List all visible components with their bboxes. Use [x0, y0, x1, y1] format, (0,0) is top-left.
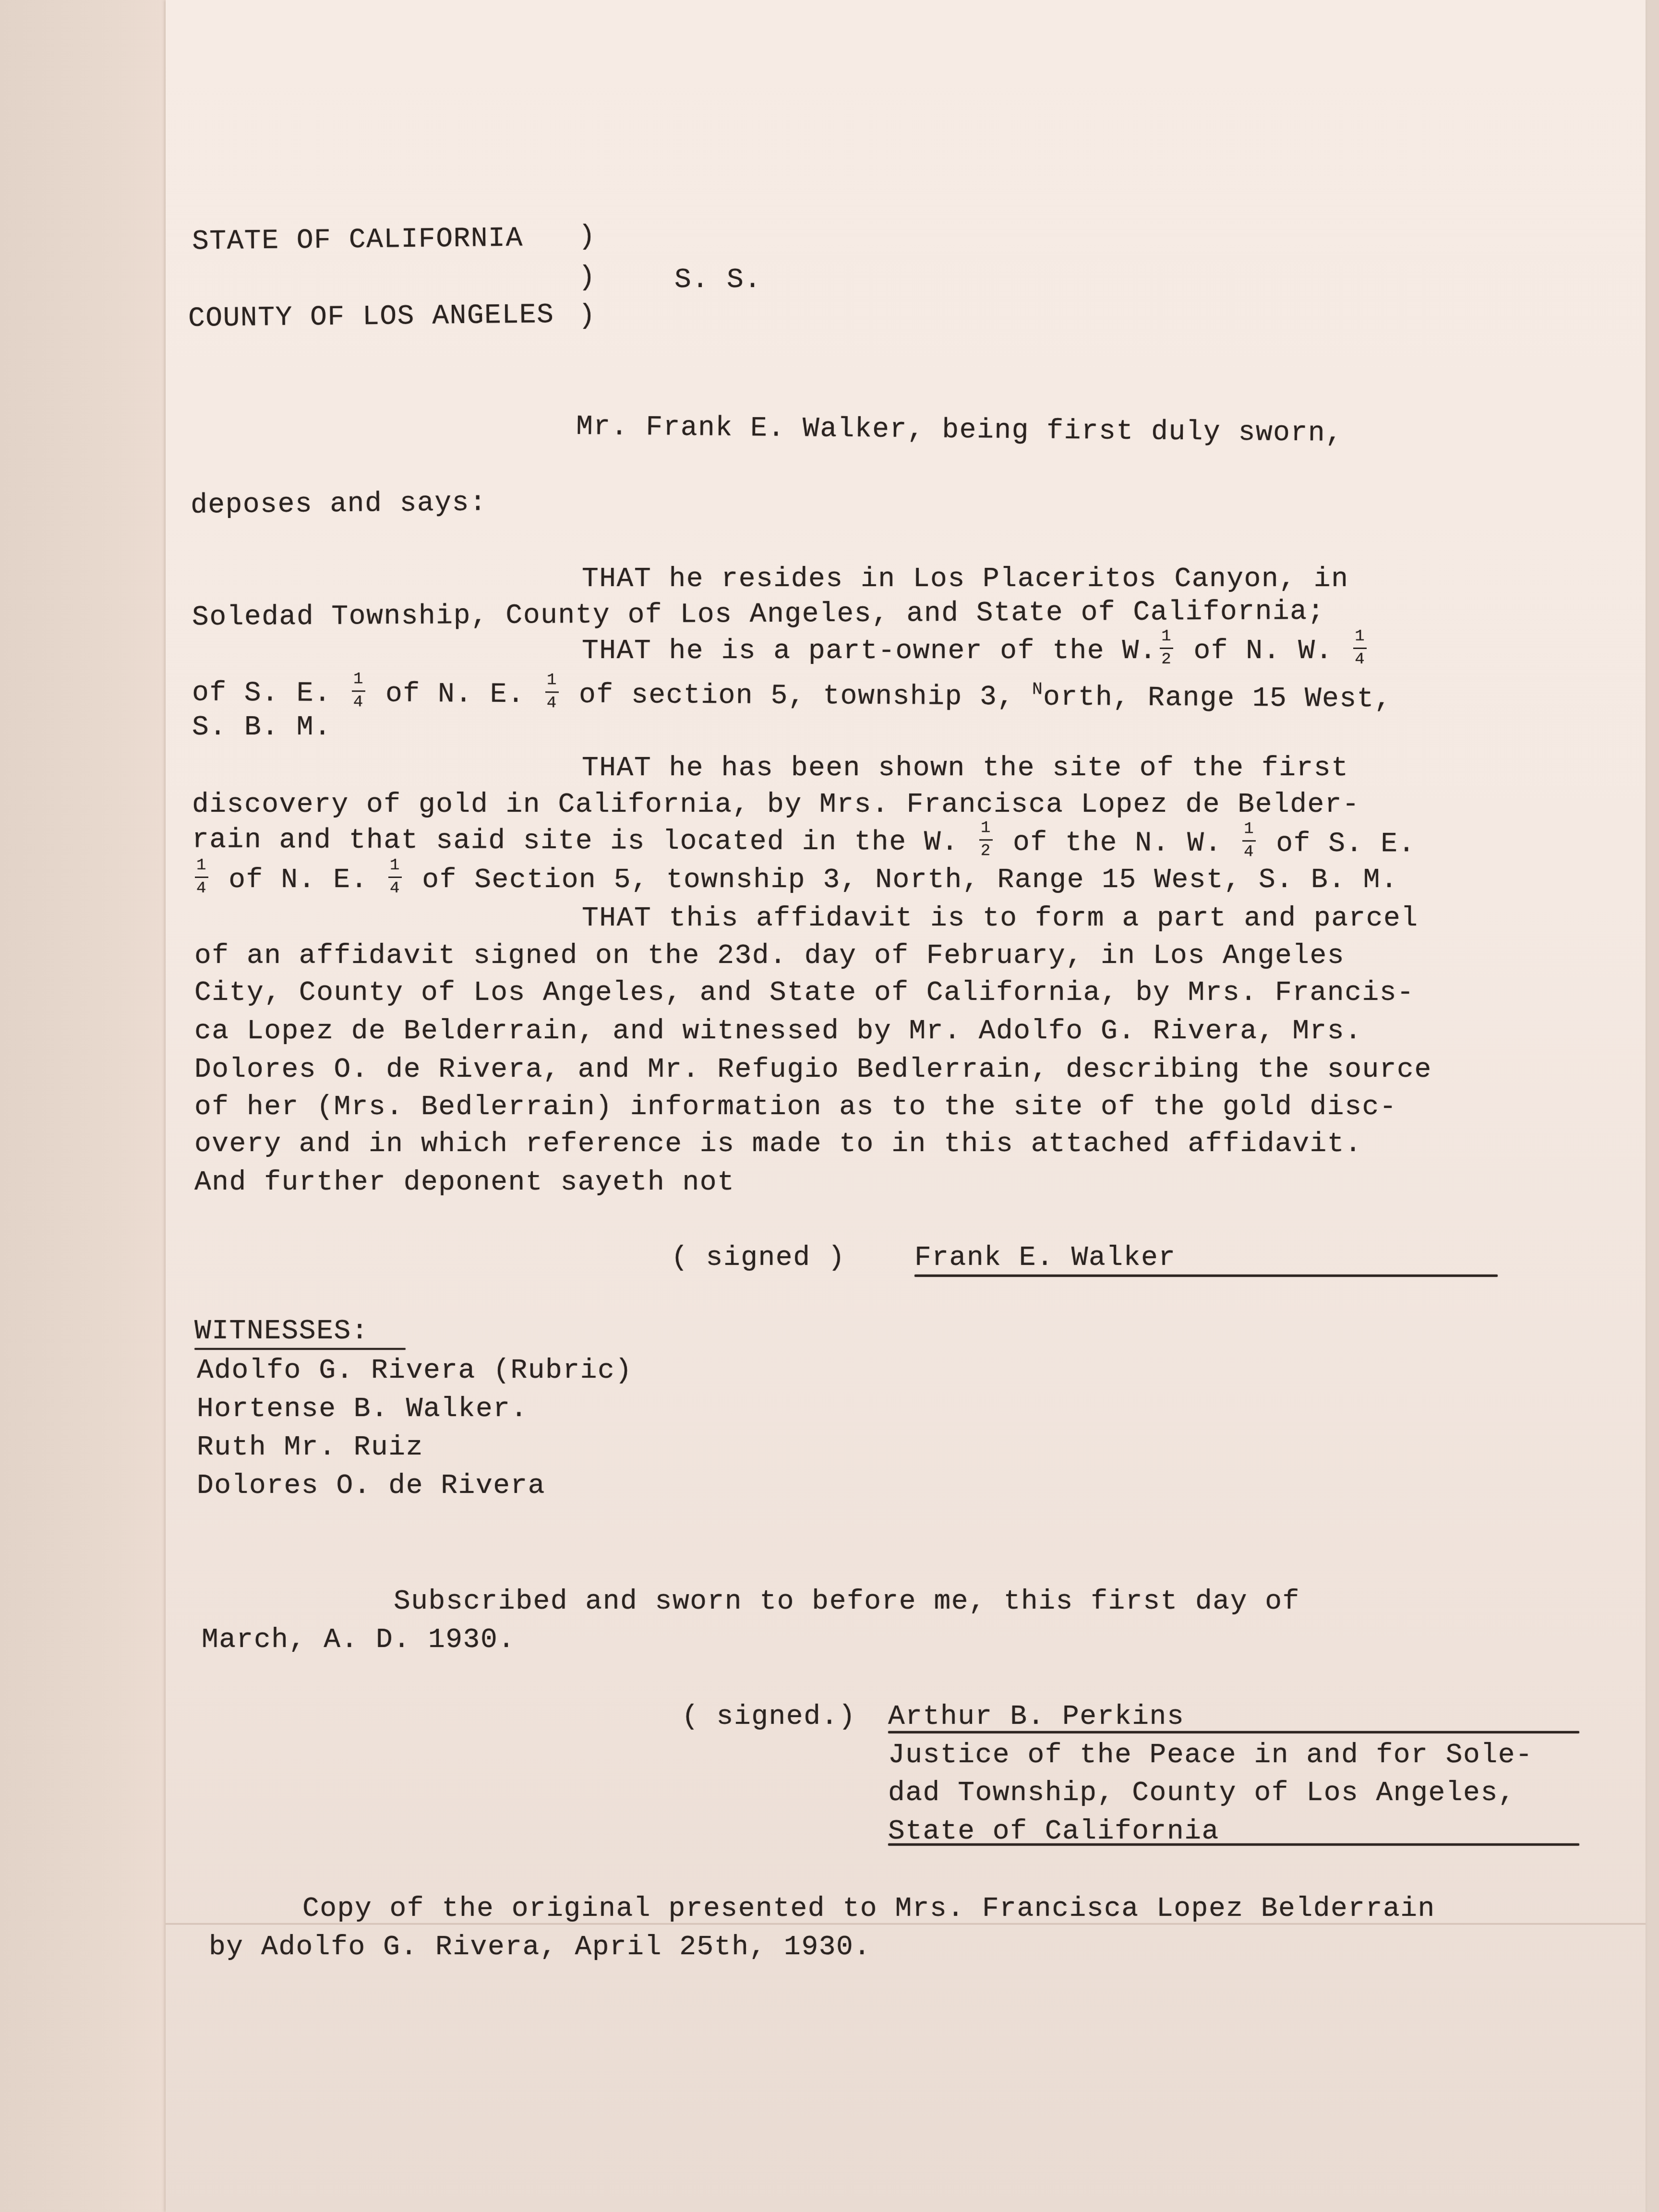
opening-intro: Mr. Frank E. Walker, being first duly sw…: [576, 409, 1343, 453]
deponent-signature-line: [914, 1274, 1498, 1277]
fraction-bar: [1353, 648, 1367, 649]
para4-line2: of an affidavit signed on the 23d. day o…: [194, 938, 1345, 975]
officer-title-underline: [888, 1843, 1579, 1846]
para4-line4: ca Lopez de Belderrain, and witnessed by…: [194, 1013, 1362, 1050]
para2-line1: THAT he is a part-owner of the W.12 of N…: [582, 633, 1370, 670]
witness-name: Dolores O. de Rivera: [197, 1467, 545, 1505]
venue-county: COUNTY OF LOS ANGELES: [188, 297, 554, 338]
fraction: 14: [542, 680, 562, 709]
para4-line1: THAT this affidavit is to form a part an…: [582, 900, 1419, 938]
background-surface-right: [1646, 0, 1659, 2212]
venue-ss: S. S.: [674, 262, 762, 299]
venue-bracket-3: ): [578, 298, 596, 335]
fraction-bar: [979, 839, 993, 841]
copy-note-line2: by Adolfo G. Rivera, April 25th, 1930.: [209, 1929, 871, 1966]
fraction-num: 1: [385, 857, 405, 874]
fraction: 14: [192, 865, 211, 894]
fraction-den: 4: [192, 880, 211, 897]
para4-line6: of her (Mrs. Bedlerrain) information as …: [194, 1089, 1397, 1126]
fraction-num: 1: [976, 820, 996, 836]
text-run: of N. W.: [1176, 636, 1350, 667]
fraction-num: 1: [1239, 821, 1259, 837]
fraction-bar: [352, 690, 365, 692]
para3-line2: discovery of gold in California, by Mrs.…: [192, 786, 1359, 824]
fraction: 14: [385, 865, 405, 894]
text-run: of S. E.: [1259, 828, 1416, 860]
officer-title-line: dad Township, County of Los Angeles,: [888, 1775, 1515, 1812]
fraction-bar: [1160, 648, 1173, 649]
background-surface: [0, 0, 166, 2212]
fraction-num: 1: [349, 671, 368, 687]
text-run: of N. E.: [368, 678, 542, 710]
deponent-signed-label: ( signed ): [671, 1239, 845, 1277]
para4-line8: And further deponent sayeth not: [194, 1164, 734, 1202]
fraction-bar: [195, 877, 208, 878]
para1-line2: Soledad Township, County of Los Angeles,…: [192, 593, 1325, 637]
fraction: 14: [1239, 829, 1259, 857]
para4-line7: overy and in which reference is made to …: [194, 1126, 1362, 1163]
text-run: orth, Range 15 West,: [1043, 682, 1392, 715]
fraction-num: 1: [192, 857, 211, 874]
fraction-den: 4: [1239, 844, 1259, 860]
officer-signature-line: [888, 1731, 1579, 1733]
text-run: of the N. W.: [996, 827, 1240, 859]
officer-signed-label: ( signed.): [682, 1698, 856, 1736]
fraction-num: 1: [1157, 628, 1176, 645]
witness-name: Ruth Mr. Ruiz: [197, 1429, 423, 1467]
para2-line2: of S. E. 14 of N. E. 14 of section 5, to…: [192, 666, 1392, 718]
fraction: 14: [349, 679, 368, 708]
text-run: rain and that said site is located in th…: [192, 825, 976, 859]
fraction-bar: [545, 691, 559, 693]
fraction-bar: [388, 877, 402, 878]
fraction-den: 4: [385, 880, 405, 897]
venue-bracket-1: ): [578, 218, 596, 256]
deponent-name: Frank E. Walker: [914, 1239, 1176, 1277]
para3-line1: THAT he has been shown the site of the f…: [582, 750, 1348, 787]
fraction: 12: [976, 828, 996, 856]
fraction-bar: [1242, 840, 1256, 842]
fraction: 14: [1350, 636, 1370, 665]
fraction-num: 1: [542, 672, 562, 688]
witnesses-heading-underline: [194, 1348, 406, 1350]
fraction-num: 1: [1350, 628, 1370, 645]
para3-line3: rain and that said site is located in th…: [192, 822, 1416, 864]
fraction: 12: [1157, 636, 1176, 665]
fraction-den: 2: [1157, 651, 1176, 668]
text-run: THAT he is a part-owner of the W.: [582, 636, 1157, 667]
para3-line4: 14 of N. E. 14 of Section 5, township 3,…: [192, 862, 1398, 899]
para1-line1: THAT he resides in Los Placeritos Canyon…: [582, 561, 1348, 598]
para2-line3: S. B. M.: [192, 709, 331, 746]
text-run: of S. E.: [192, 677, 349, 709]
text-run: of Section 5, township 3, North, Range 1…: [405, 865, 1398, 896]
jurat-line1: Subscribed and sworn to before me, this …: [394, 1583, 1300, 1621]
copy-note-line1: Copy of the original presented to Mrs. F…: [302, 1890, 1435, 1928]
venue-state: STATE OF CALIFORNIA: [192, 220, 524, 261]
opening-deposes: deposes and says:: [191, 484, 487, 524]
para4-line5: Dolores O. de Rivera, and Mr. Refugio Be…: [194, 1051, 1432, 1089]
witness-name: Hortense B. Walker.: [197, 1391, 528, 1428]
fraction-den: 4: [349, 694, 368, 710]
para4-line3: City, County of Los Angeles, and State o…: [194, 974, 1414, 1012]
jurat-line2: March, A. D. 1930.: [202, 1622, 516, 1659]
witnesses-heading: WITNESSES:: [194, 1313, 369, 1350]
fraction-den: 4: [542, 695, 562, 711]
text-run: of section 5, township 3,: [562, 679, 1033, 713]
superscript: N: [1032, 680, 1043, 699]
fraction-den: 2: [976, 843, 996, 859]
venue-bracket-2: ): [578, 259, 596, 297]
officer-name: Arthur B. Perkins: [888, 1698, 1184, 1736]
witness-name: Adolfo G. Rivera (Rubric): [197, 1352, 633, 1390]
fraction-den: 4: [1350, 651, 1370, 668]
officer-title-line: Justice of the Peace in and for Sole-: [888, 1737, 1533, 1774]
text-run: of N. E.: [211, 865, 385, 896]
